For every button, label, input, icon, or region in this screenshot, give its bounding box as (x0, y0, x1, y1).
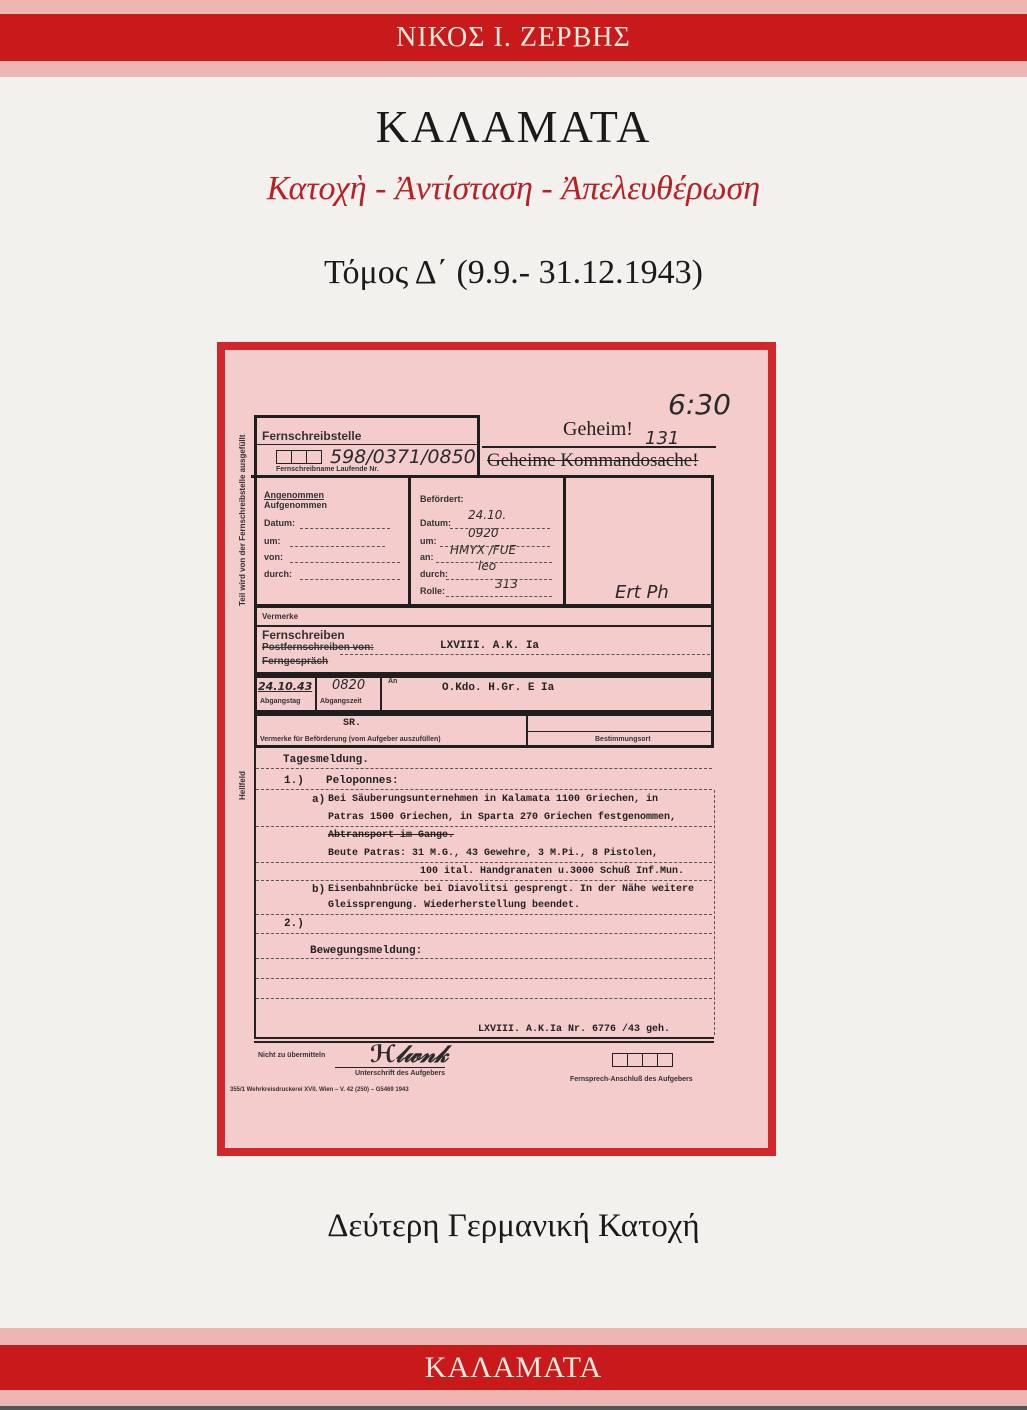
item-1-title: Peloponnes: (326, 775, 399, 787)
form-dispatch-box (254, 675, 714, 713)
rule (256, 826, 712, 827)
item-a-line-5: 100 ital. Handgranaten u.3000 Schuß Inf.… (420, 866, 684, 877)
margin-note: Hellfeld (238, 771, 247, 800)
rule (256, 862, 712, 863)
rule (256, 958, 712, 959)
fill-line (290, 546, 385, 547)
item-a-line-1: Bei Säuberungsunternehmen in Kalamata 11… (328, 794, 658, 805)
divider (256, 625, 712, 627)
fill-line (450, 528, 550, 529)
serial-label: Fernschreibname Laufende Nr. (276, 466, 379, 473)
rule (256, 933, 712, 934)
divider (380, 678, 382, 711)
bottom-pink-band-upper (0, 1328, 1027, 1345)
secret-header: Geheime Kommandosache! (487, 450, 699, 472)
bottom-edge (0, 1406, 1027, 1410)
item-a-line-3: Abtransport im Gange. (328, 830, 454, 841)
book-subtitle: Κατοχὴ - Ἀντίσταση - Ἀπελευθέρωση (0, 170, 1027, 208)
signature-line (335, 1067, 445, 1068)
type-line-1: Fernschreiben (262, 628, 345, 642)
type-line-2: Postfernschreiben von: (262, 642, 374, 653)
side-note: Teil wird von der Fernschreibstelle ausg… (238, 435, 247, 606)
forwarded-roll-label: Rolle: (420, 586, 445, 596)
received-by-label: durch: (264, 569, 292, 579)
rule (256, 978, 712, 979)
fill-line (290, 562, 400, 563)
item-1-number: 1.) (284, 775, 304, 787)
fill-line (440, 546, 550, 547)
volume-label: Τόμος Δ΄ (9.9.- 31.12.1943) (0, 254, 1027, 292)
classification: Geheim! (563, 418, 633, 441)
printer-line: 355/1 Wehrkreisdruckerei XVII. Wien – V.… (230, 1087, 409, 1093)
priority-label: Vermerke für Beförderung (vom Aufgeber a… (260, 736, 441, 743)
rule (256, 789, 712, 790)
fill-line (436, 562, 552, 563)
divider (408, 478, 411, 605)
forwarded-date-value: 24.10. (468, 508, 506, 522)
not-transmit-label: Nicht zu übermitteln (258, 1052, 325, 1059)
sent-time: 0820 (332, 678, 365, 693)
bottom-pink-band-lower (0, 1390, 1027, 1406)
fill-line (446, 596, 552, 597)
item-b-line-1: Eisenbahnbrücke bei Diavolitsi gesprengt… (328, 884, 694, 895)
forwarded-date-label: Datum: (420, 518, 451, 528)
divider (251, 475, 483, 478)
divider (528, 731, 712, 732)
divider (254, 1037, 714, 1043)
handwritten-time: 6:30 (668, 388, 731, 421)
rule (256, 998, 712, 999)
reference-number: LXVIII. A.K.Ia Nr. 6776 /43 geh. (478, 1024, 670, 1035)
item-2-number: 2.) (284, 918, 304, 930)
forwarded-by-label: durch: (420, 569, 448, 579)
rule (256, 880, 712, 881)
series-title: Δεύτερη Γερμανική Κατοχή (0, 1208, 1027, 1245)
item-a-label: a) (312, 794, 325, 806)
footer-title: ΚΑΛΑΜΑΤΑ (0, 1351, 1027, 1385)
top-pink-band-upper (0, 0, 1027, 14)
forwarded-time-label: um: (420, 536, 437, 546)
phone-boxes (612, 1053, 672, 1072)
received-time-label: um: (264, 536, 281, 546)
destination-label: Bestimmungsort (595, 736, 651, 743)
item-a-line-4: Beute Patras: 31 M.G., 43 Gewehre, 3 M.P… (328, 848, 658, 859)
item-a-line-2: Patras 1500 Griechen, in Sparta 270 Grie… (328, 812, 676, 823)
item-b-line-2: Gleissprengung. Wiederherstellung beende… (328, 900, 580, 911)
sent-date-label: Abgangstag (260, 698, 300, 705)
sent-date: 24.10.43 (258, 680, 312, 693)
top-pink-band-lower (0, 61, 1027, 77)
fill-line (340, 654, 710, 655)
serial-number: 598/0371/0850 (330, 446, 476, 468)
forwarded-to-label: an: (420, 552, 434, 562)
body-title: Tagesmeldung. (283, 754, 369, 766)
top-red-band: ΝΙΚΟΣ Ι. ΖΕΡΒΗΣ (0, 14, 1027, 61)
phone-label: Fernsprech-Anschluß des Aufgebers (570, 1076, 693, 1083)
signature-label: Unterschrift des Aufgebers (355, 1070, 445, 1077)
fill-line (300, 579, 400, 580)
divider (563, 478, 566, 605)
divider (482, 446, 716, 448)
signature: ℋ𝓁𝓌𝓃𝓀 (370, 1040, 448, 1068)
sent-time-label: Abgangszeit (320, 698, 362, 705)
vermerke-label: Vermerke (262, 612, 298, 621)
divider (256, 444, 478, 445)
initials: Ert Ph (615, 582, 669, 603)
divider (315, 678, 317, 711)
body-margin (254, 748, 256, 1038)
received-from-label: von: (264, 552, 283, 562)
to-label: An (388, 678, 397, 685)
received-date-label: Datum: (264, 518, 295, 528)
forwarded-header: Befördert: (420, 494, 464, 504)
rule (256, 768, 712, 769)
author-name: ΝΙΚΟΣ Ι. ΖΕΡΒΗΣ (0, 22, 1027, 54)
bottom-red-band: ΚΑΛΑΜΑΤΑ (0, 1345, 1027, 1390)
fill-line (300, 528, 390, 529)
received-header: Angenommen (264, 490, 324, 500)
sender-unit: LXVIII. A.K. Ia (440, 640, 539, 652)
type-line-3: Ferngespräch (262, 656, 328, 667)
book-title: ΚΑΛΑΜΑΤΑ (0, 100, 1027, 153)
station-label: Fernschreibstelle (262, 429, 361, 443)
body-right-edge (714, 790, 715, 1035)
received-header-2: Aufgenommen (264, 500, 327, 510)
item-b-label: b) (312, 884, 325, 896)
priority-mark: SR. (343, 718, 361, 729)
fill-line (446, 579, 552, 580)
movement-report: Bewegungsmeldung: (310, 945, 422, 957)
rule (256, 914, 712, 915)
recipient: O.Kdo. H.Gr. E Ia (442, 682, 554, 694)
